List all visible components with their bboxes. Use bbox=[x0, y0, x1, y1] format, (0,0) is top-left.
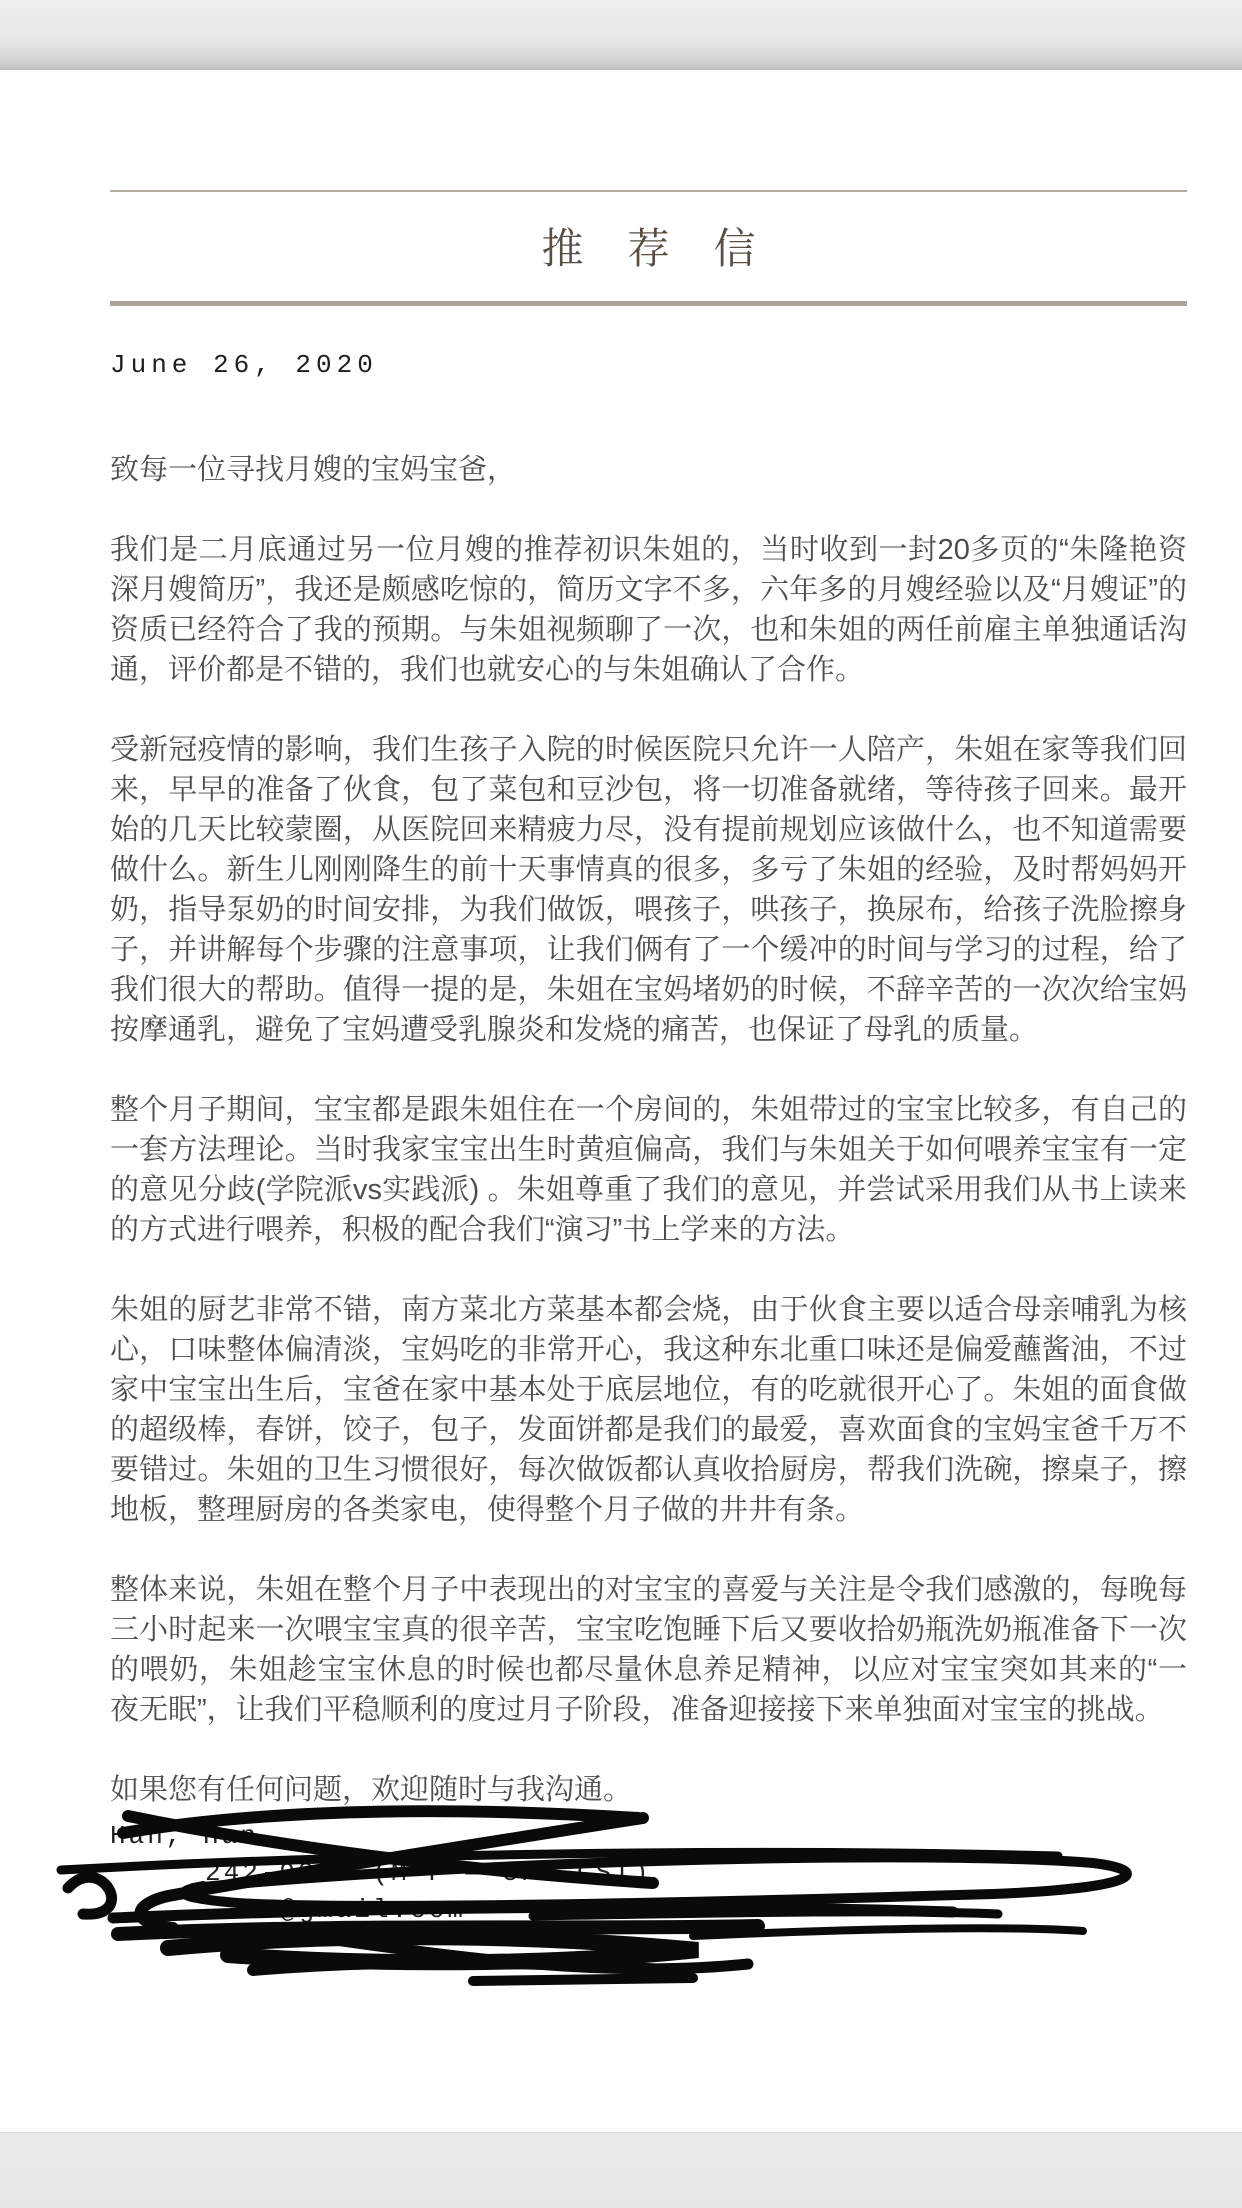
signature-phone: 242-9890 (M-F — 5PM CST) bbox=[110, 1855, 1187, 1892]
title-rule-bottom bbox=[110, 301, 1187, 306]
viewer-top-shadow-bar bbox=[0, 0, 1242, 70]
letter-paragraph: 朱姐的厨艺非常不错，南方菜北方菜基本都会烧，由于伙食主要以适合母亲哺乳为核心，口… bbox=[110, 1290, 1187, 1530]
viewer-bottom-shadow-bar bbox=[0, 2132, 1242, 2208]
title-rule-top bbox=[110, 190, 1187, 192]
letter-greeting: 致每一位寻找月嫂的宝妈宝爸， bbox=[110, 450, 1187, 490]
signature-email: @gmail.com bbox=[110, 1892, 1187, 1929]
signature-name: Han, Han bbox=[110, 1818, 1187, 1855]
letter-paragraph: 我们是二月底通过另一位月嫂的推荐初识朱姐的，当时收到一封20多页的“朱隆艳资深月… bbox=[110, 530, 1187, 690]
letter-date: June 26, 2020 bbox=[110, 350, 1187, 380]
letter-page: 推荐信 June 26, 2020 致每一位寻找月嫂的宝妈宝爸， 我们是二月底通… bbox=[110, 190, 1187, 1929]
letter-paragraph: 受新冠疫情的影响，我们生孩子入院的时候医院只允许一人陪产，朱姐在家等我们回来，早… bbox=[110, 730, 1187, 1050]
letter-closing: 如果您有任何问题，欢迎随时与我沟通。 bbox=[110, 1770, 1187, 1810]
signature-block: Han, Han 242-9890 (M-F — 5PM CST) @gmail… bbox=[110, 1818, 1187, 1929]
letter-title: 推荐信 bbox=[110, 228, 1187, 270]
letter-paragraph: 整体来说，朱姐在整个月子中表现出的对宝宝的喜爱与关注是令我们感激的，每晚每三小时… bbox=[110, 1570, 1187, 1730]
letter-paragraph: 整个月子期间，宝宝都是跟朱姐住在一个房间的，朱姐带过的宝宝比较多，有自己的一套方… bbox=[110, 1090, 1187, 1250]
